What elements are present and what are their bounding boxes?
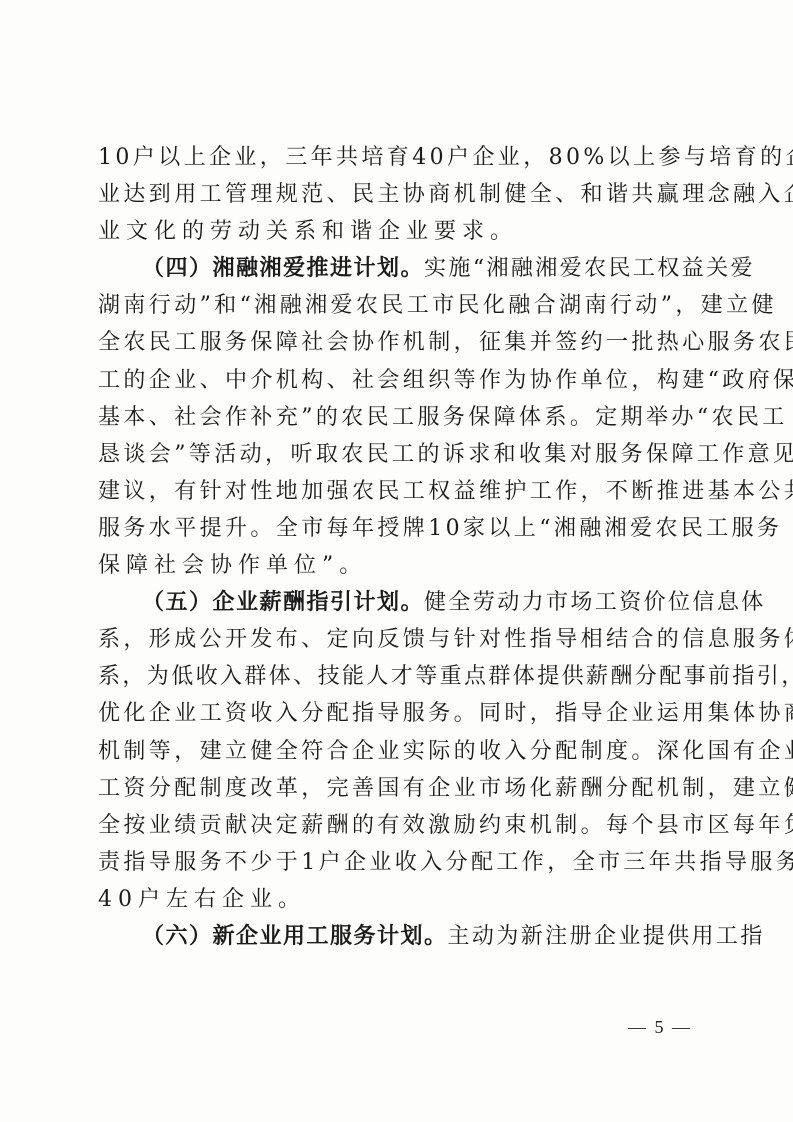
line-text: 系，形成公开发布、定向反馈与针对性指导相结合的信息服务体	[98, 627, 793, 652]
line-text: 工的企业、中介机构、社会组织等作为协作单位，构建“政府保	[98, 368, 793, 393]
paragraph-line: 服务水平提升。全市每年授牌10家以上“湘融湘爱农民工服务	[98, 510, 698, 547]
page-number: — 5 —	[628, 1017, 692, 1038]
line-text: 机制等，建立健全符合企业实际的收入分配制度。深化国有企业	[98, 739, 793, 764]
paragraph-line: 保障社会协作单位”。	[98, 547, 698, 584]
line-text: 恳谈会”等活动，听取农民工的诉求和收集对服务保障工作意见	[98, 442, 793, 467]
line-text: 全农民工服务保障社会协作机制，征集并签约一批热心服务农民	[98, 330, 793, 355]
line-text: 系，为低收入群体、技能人才等重点群体提供薪酬分配事前指引，	[98, 664, 793, 689]
document-body: 10户以上企业，三年共培育40户企业，80%以上参与培育的企 业达到用工管理规范…	[98, 139, 698, 955]
line-text: 湖南行动”和“湘融湘爱农民工市民化融合湖南行动”，建立健	[98, 293, 777, 318]
line-text: 业达到用工管理规范、民主协商机制健全、和谐共赢理念融入企	[98, 182, 793, 207]
paragraph-line: 40户左右企业。	[98, 881, 698, 918]
paragraph-line: 责指导服务不少于1户企业收入分配工作，全市三年共指导服务	[98, 844, 698, 881]
line-text: 实施“湘融湘爱农民工权益关爱	[424, 256, 755, 281]
line-text: 优化企业工资收入分配指导服务。同时，指导企业运用集体协商	[98, 701, 793, 726]
paragraph-line: 工资分配制度改革，完善国有企业市场化薪酬分配机制，建立健	[98, 770, 698, 807]
line-text: 业文化的劳动关系和谐企业要求。	[98, 219, 518, 244]
paragraph-line: 全按业绩贡献决定薪酬的有效激励约束机制。每个县市区每年负	[98, 807, 698, 844]
line-text: 建议，有针对性地加强农民工权益维护工作，不断推进基本公共	[98, 479, 793, 504]
section-title: （六）新企业用工服务计划。	[142, 924, 448, 949]
paragraph-line: 湖南行动”和“湘融湘爱农民工市民化融合湖南行动”，建立健	[98, 287, 698, 324]
paragraph-line: 恳谈会”等活动，听取农民工的诉求和收集对服务保障工作意见	[98, 436, 698, 473]
paragraph-line: 业文化的劳动关系和谐企业要求。	[98, 213, 698, 250]
section-heading-6: （六）新企业用工服务计划。主动为新注册企业提供用工指	[98, 918, 698, 955]
section-heading-4: （四）湘融湘爱推进计划。实施“湘融湘爱农民工权益关爱	[98, 250, 698, 287]
section-title: （四）湘融湘爱推进计划。	[142, 256, 424, 281]
line-text: 健全劳动力市场工资价位信息体	[424, 590, 766, 615]
paragraph-line: 业达到用工管理规范、民主协商机制健全、和谐共赢理念融入企	[98, 176, 698, 213]
line-text: 10户以上企业，三年共培育40户企业，80%以上参与培育的企	[98, 145, 793, 170]
paragraph-line: 全农民工服务保障社会协作机制，征集并签约一批热心服务农民	[98, 324, 698, 361]
line-text: 责指导服务不少于1户企业收入分配工作，全市三年共指导服务	[98, 850, 793, 875]
line-text: 主动为新注册企业提供用工指	[448, 924, 765, 949]
paragraph-line: 机制等，建立健全符合企业实际的收入分配制度。深化国有企业	[98, 733, 698, 770]
section-heading-5: （五）企业薪酬指引计划。健全劳动力市场工资价位信息体	[98, 584, 698, 621]
line-text: 服务水平提升。全市每年授牌10家以上“湘融湘爱农民工服务	[98, 516, 782, 541]
paragraph-line: 优化企业工资收入分配指导服务。同时，指导企业运用集体协商	[98, 695, 698, 732]
paragraph-line: 系，形成公开发布、定向反馈与针对性指导相结合的信息服务体	[98, 621, 698, 658]
paragraph-line: 工的企业、中介机构、社会组织等作为协作单位，构建“政府保	[98, 362, 698, 399]
line-text: 保障社会协作单位”。	[98, 553, 367, 578]
line-text: 基本、社会作补充”的农民工服务保障体系。定期举办“农民工	[98, 405, 788, 430]
line-text: 全按业绩贡献决定薪酬的有效激励约束机制。每个县市区每年负	[98, 813, 793, 838]
paragraph-line: 建议，有针对性地加强农民工权益维护工作，不断推进基本公共	[98, 473, 698, 510]
paragraph-line: 10户以上企业，三年共培育40户企业，80%以上参与培育的企	[98, 139, 698, 176]
paragraph-line: 系，为低收入群体、技能人才等重点群体提供薪酬分配事前指引，	[98, 658, 698, 695]
paragraph-line: 基本、社会作补充”的农民工服务保障体系。定期举办“农民工	[98, 399, 698, 436]
section-title: （五）企业薪酬指引计划。	[142, 590, 424, 615]
line-text: 工资分配制度改革，完善国有企业市场化薪酬分配机制，建立健	[98, 776, 793, 801]
line-text: 40户左右企业。	[98, 887, 306, 912]
